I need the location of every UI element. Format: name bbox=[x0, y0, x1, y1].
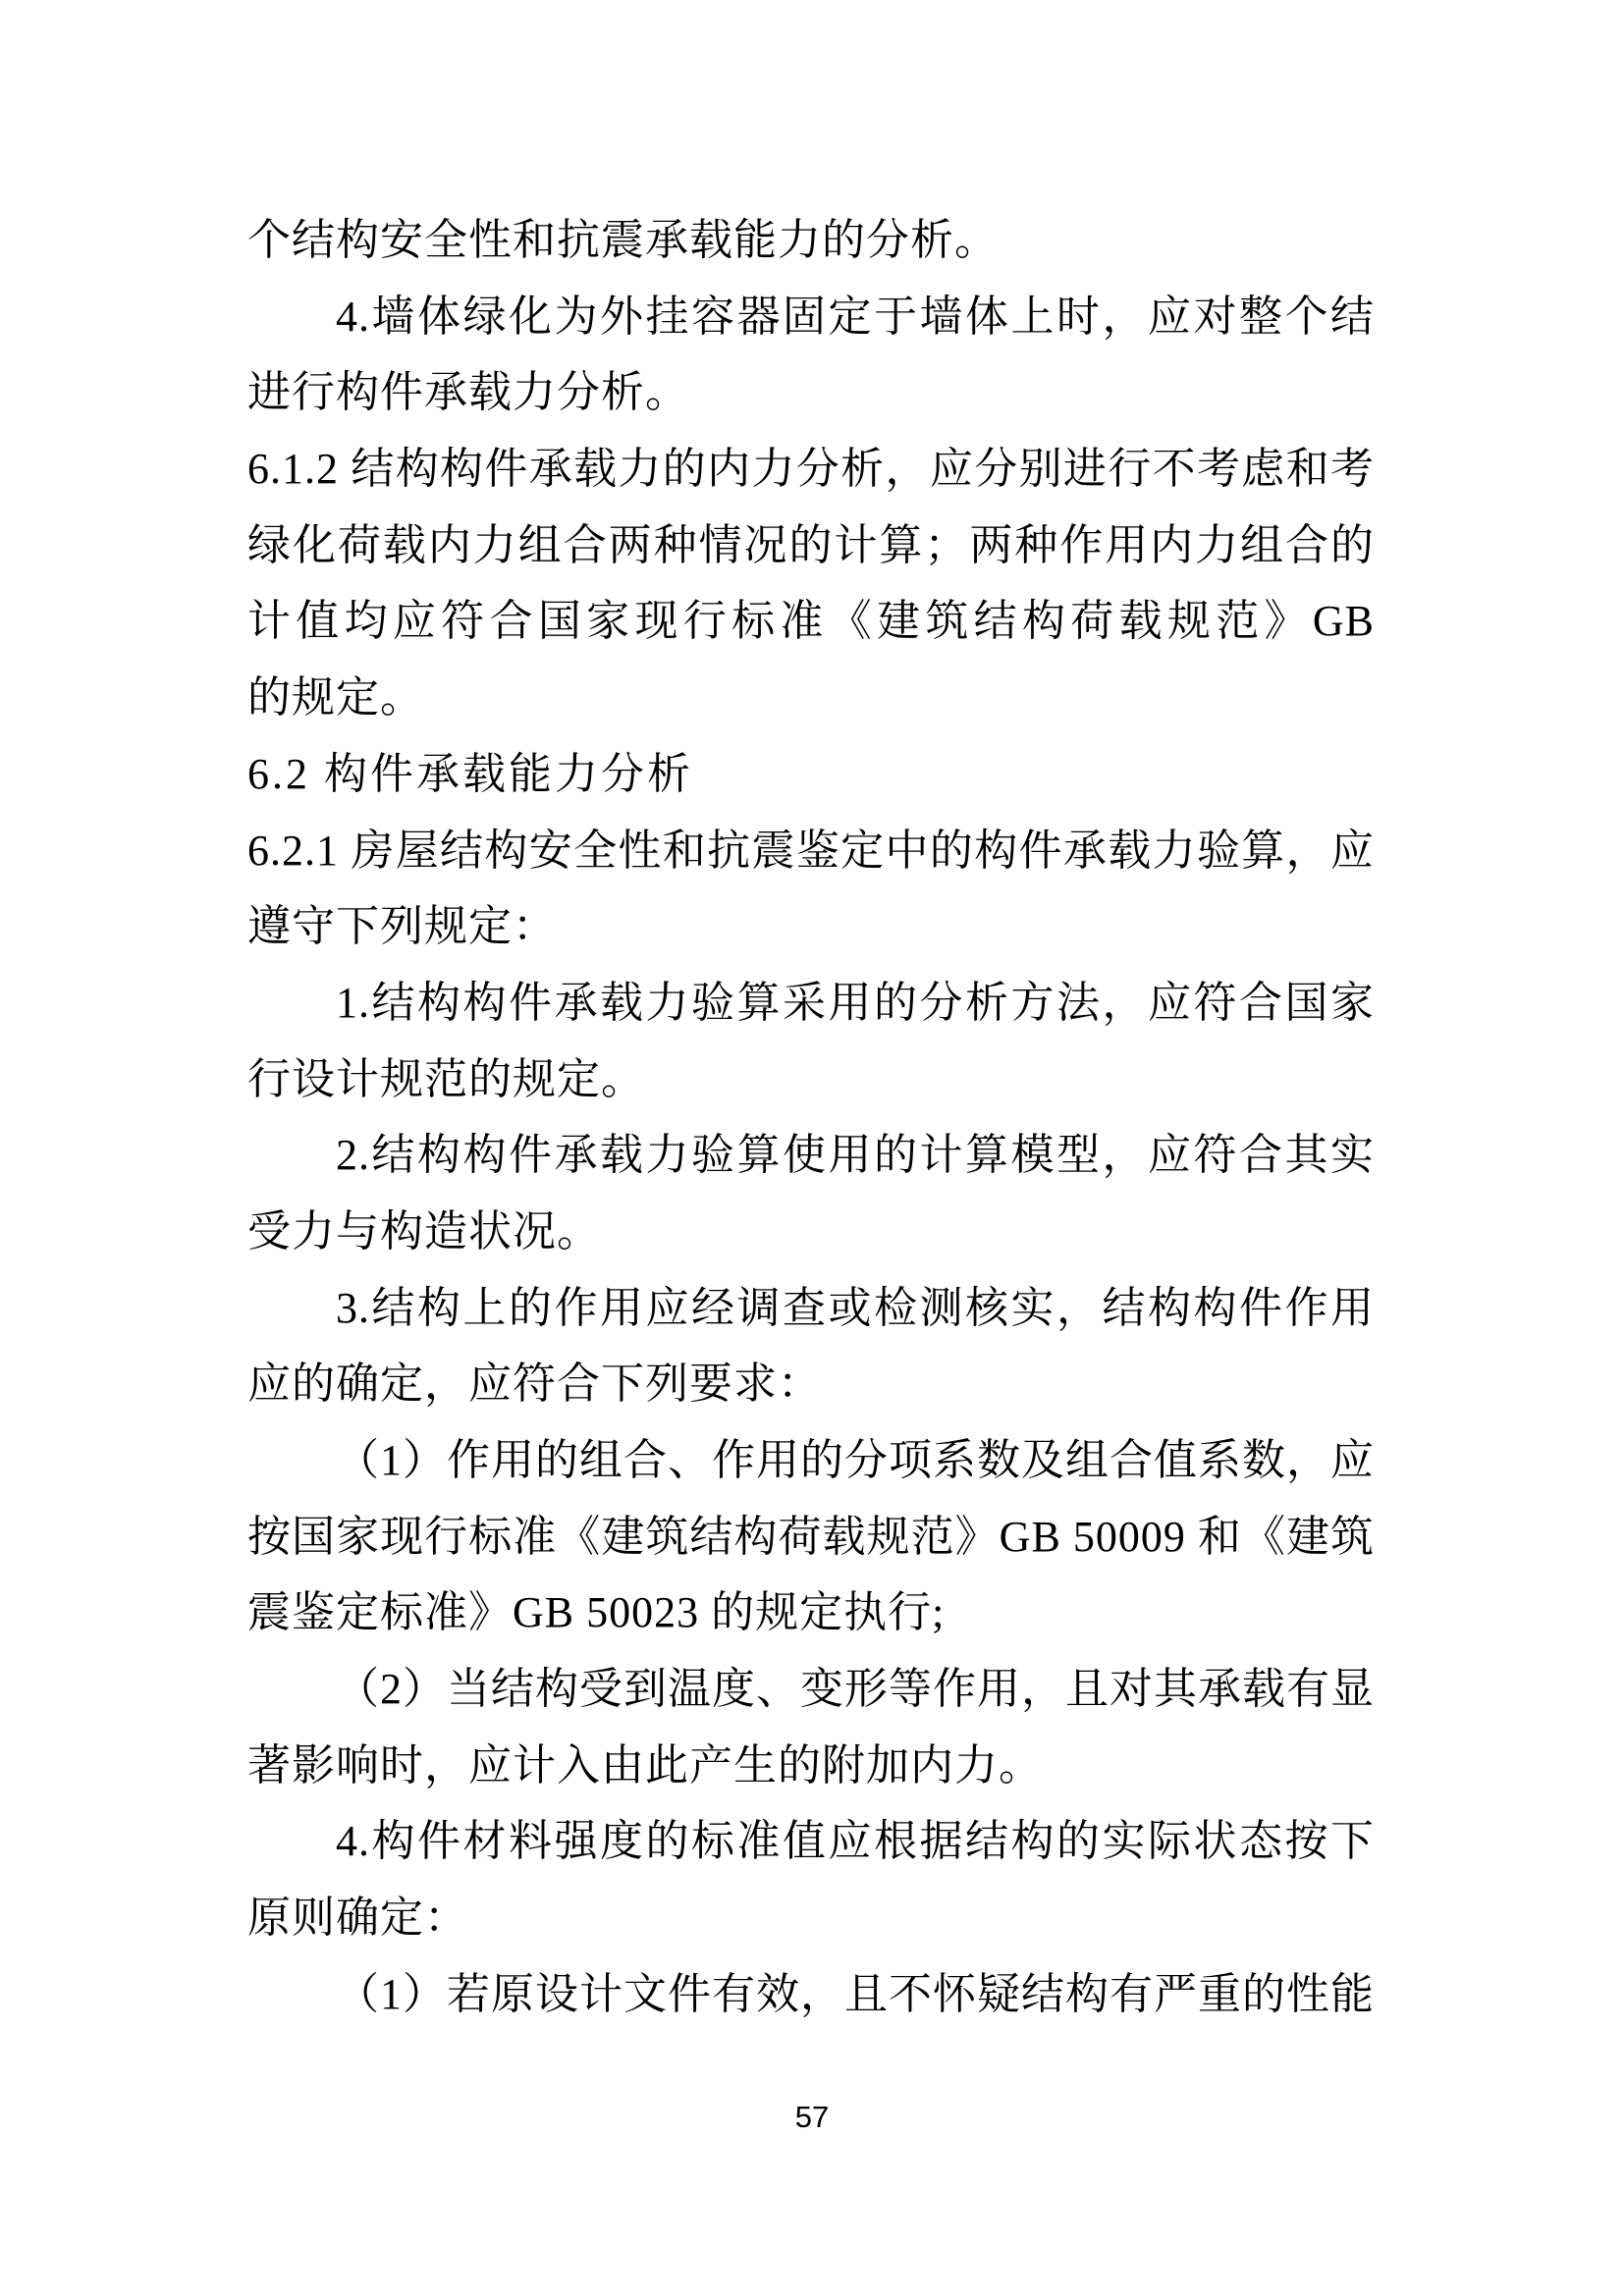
section-heading-6-2: 6.2 构件承载能力分析 bbox=[247, 736, 1375, 813]
page-number: 57 bbox=[0, 2101, 1624, 2134]
text-line: 行设计规范的规定。 bbox=[247, 1041, 1375, 1118]
text-line: 计值均应符合国家现行标准《建筑结构荷载规范》GB 50009 bbox=[247, 583, 1375, 660]
text-line-list-item: 4.构件材料强度的标准值应根据结构的实际状态按下列 bbox=[247, 1803, 1375, 1880]
text-line-list-item: 4.墙体绿化为外挂容器固定于墙体上时，应对整个结构 bbox=[247, 279, 1375, 355]
text-line-sub-item: （1）作用的组合、作用的分项系数及组合值系数，应 bbox=[247, 1422, 1375, 1499]
text-line: 受力与构造状况。 bbox=[247, 1194, 1375, 1270]
text-block: 个结构安全性和抗震承载能力的分析。 4.墙体绿化为外挂容器固定于墙体上时，应对整… bbox=[247, 202, 1375, 2033]
text-line: 震鉴定标准》GB 50023 的规定执行; bbox=[247, 1575, 1375, 1651]
text-line: 著影响时，应计入由此产生的附加内力。 bbox=[247, 1728, 1375, 1804]
text-line-list-item: 2.结构构件承载力验算使用的计算模型，应符合其实际 bbox=[247, 1117, 1375, 1194]
text-line: 原则确定： bbox=[247, 1880, 1375, 1956]
text-line: 个结构安全性和抗震承载能力的分析。 bbox=[247, 202, 1375, 279]
text-line-sub-item: （2）当结构受到温度、变形等作用，且对其承载有显 bbox=[247, 1651, 1375, 1728]
clause-6-1-2-line: 6.1.2 结构构件承载力的内力分析，应分别进行不考虑和考虑 bbox=[247, 431, 1375, 507]
text-line: 按国家现行标准《建筑结构荷载规范》GB 50009 和《建筑抗 bbox=[247, 1499, 1375, 1575]
text-line-list-item: 1.结构构件承载力验算采用的分析方法，应符合国家现 bbox=[247, 965, 1375, 1041]
document-page: 个结构安全性和抗震承载能力的分析。 4.墙体绿化为外挂容器固定于墙体上时，应对整… bbox=[0, 0, 1624, 2296]
text-line: 应的确定，应符合下列要求： bbox=[247, 1346, 1375, 1422]
text-line: 进行构件承载力分析。 bbox=[247, 354, 1375, 431]
text-line: 绿化荷载内力组合两种情况的计算；两种作用内力组合的设 bbox=[247, 507, 1375, 584]
clause-6-2-1-line: 6.2.1 房屋结构安全性和抗震鉴定中的构件承载力验算，应 bbox=[247, 813, 1375, 889]
text-line-list-item: 3.结构上的作用应经调查或检测核实，结构构件作用效 bbox=[247, 1270, 1375, 1347]
text-line: 遵守下列规定： bbox=[247, 888, 1375, 965]
text-line: 的规定。 bbox=[247, 660, 1375, 736]
text-line-sub-item: （1）若原设计文件有效，且不怀疑结构有严重的性能 bbox=[247, 1956, 1375, 2033]
